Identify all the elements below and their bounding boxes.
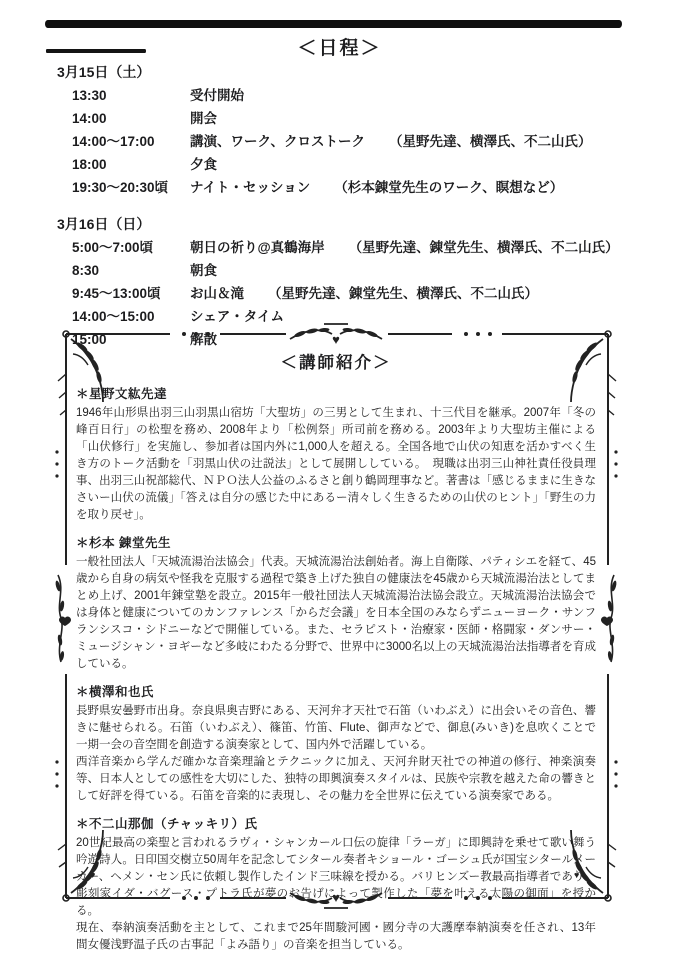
schedule-activity: 朝日の祈り@真鶴海岸 xyxy=(190,236,325,259)
schedule-time: 9:45～13:00頃 xyxy=(57,282,190,305)
schedule-row: 13:30 受付開始 xyxy=(57,84,663,107)
speaker-block-fujiyama: ＊不二山那伽（チャッキリ）氏 20世紀最高の楽聖と言われるラヴィ・シャンカール口… xyxy=(76,814,596,954)
speakers-section: ＜講師紹介＞ ＊星野文紘先達 1946年山形県出羽三山羽黒山宿坊「大聖坊」の三男… xyxy=(50,322,622,910)
schedule-note: （星野先達、錬堂先生、横澤氏、不二山氏） xyxy=(268,282,538,305)
schedule-activity: 朝食 xyxy=(190,259,217,282)
schedule-row: 18:00 夕食 xyxy=(57,153,663,176)
schedule-activity: 夕食 xyxy=(190,153,217,176)
schedule-time: 18:00 xyxy=(57,153,190,176)
schedule-section: 3月15日（土） 13:30 受付開始 14:00 開会 14:00～17:00… xyxy=(57,60,663,351)
schedule-activity: ナイト・セッション xyxy=(190,176,310,199)
schedule-title: ＜日程＞ xyxy=(0,33,679,60)
speaker-name: ＊横澤和也氏 xyxy=(76,682,596,700)
speaker-bio-paragraph: 1946年山形県出羽三山羽黒山宿坊「大聖坊」の三男として生まれ、十三代目を継承。… xyxy=(76,405,596,524)
schedule-activity: 開会 xyxy=(190,107,217,130)
schedule-activity: 受付開始 xyxy=(190,84,244,107)
schedule-time: 8:30 xyxy=(57,259,190,282)
speaker-name: ＊杉本 錬堂先生 xyxy=(76,533,596,551)
schedule-row: 19:30～20:30頃 ナイト・セッション （杉本錬堂先生のワーク、瞑想など） xyxy=(57,176,663,199)
schedule-note: （星野先達、錬堂先生、横澤氏、不二山氏） xyxy=(349,236,619,259)
day2-label: 3月16日（日） xyxy=(57,212,663,236)
speaker-bio-paragraph: 西洋音楽から学んだ確かな音楽理論とテクニックに加え、天河弁財天社での神道の修行、… xyxy=(76,754,596,805)
schedule-note: （星野先達、横澤氏、不二山氏） xyxy=(389,130,592,153)
speaker-bio-paragraph: 長野県安曇野市出身。奈良県奥吉野にある、天河弁才天社で石笛（いわぶえ）に出会いそ… xyxy=(76,703,596,754)
schedule-row: 8:30 朝食 xyxy=(57,259,663,282)
schedule-note: （杉本錬堂先生のワーク、瞑想など） xyxy=(334,176,563,199)
speaker-block-yokozawa: ＊横澤和也氏 長野県安曇野市出身。奈良県奥吉野にある、天河弁才天社で石笛（いわぶ… xyxy=(76,682,596,805)
top-rule xyxy=(45,20,622,28)
schedule-row: 9:45～13:00頃 お山＆滝 （星野先達、錬堂先生、横澤氏、不二山氏） xyxy=(57,282,663,305)
schedule-time: 14:00 xyxy=(57,107,190,130)
speakers-title: ＜講師紹介＞ xyxy=(76,349,596,373)
schedule-time: 5:00～7:00頃 xyxy=(57,236,190,259)
speaker-name: ＊星野文紘先達 xyxy=(76,384,596,402)
schedule-time: 13:30 xyxy=(57,84,190,107)
schedule-activity: 講演、ワーク、クロストーク xyxy=(190,130,365,153)
speaker-name: ＊不二山那伽（チャッキリ）氏 xyxy=(76,814,596,832)
speaker-block-hoshino: ＊星野文紘先達 1946年山形県出羽三山羽黒山宿坊「大聖坊」の三男として生まれ、… xyxy=(76,384,596,524)
schedule-row: 5:00～7:00頃 朝日の祈り@真鶴海岸 （星野先達、錬堂先生、横澤氏、不二山… xyxy=(57,236,663,259)
day1-label: 3月15日（土） xyxy=(57,60,663,84)
schedule-time: 14:00～17:00 xyxy=(57,130,190,153)
speaker-bio-paragraph: 現在、奉納演奏活動を主として、これまで25年間駿河國・國分寺の大護摩奉納演奏を任… xyxy=(76,920,596,954)
schedule-row: 14:00 開会 xyxy=(57,107,663,130)
speaker-bio-paragraph: 一般社団法人「天城流湯治法協会」代表。天城流湯治法創始者。海上自衛隊、パティシエ… xyxy=(76,554,596,673)
schedule-time: 19:30～20:30頃 xyxy=(57,176,190,199)
speaker-bio-paragraph: 20世紀最高の楽聖と言われるラヴィ・シャンカール口伝の旋律「ラーガ」に即興詩を乗… xyxy=(76,835,596,920)
schedule-activity: お山＆滝 xyxy=(190,282,244,305)
speaker-block-sugimoto: ＊杉本 錬堂先生 一般社団法人「天城流湯治法協会」代表。天城流湯治法創始者。海上… xyxy=(76,533,596,673)
schedule-row: 14:00～17:00 講演、ワーク、クロストーク （星野先達、横澤氏、不二山氏… xyxy=(57,130,663,153)
document-page: ＜日程＞ 3月15日（土） 13:30 受付開始 14:00 開会 14:00～… xyxy=(0,0,679,960)
